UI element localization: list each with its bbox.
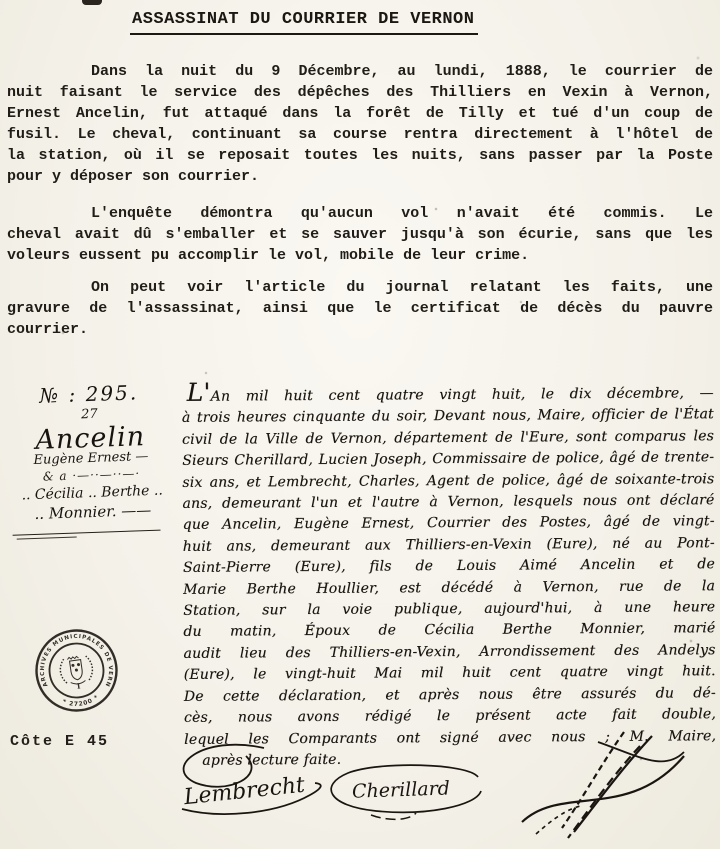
paragraph-2: L'enquête démontra qu'aucun vol n'avait … [7, 203, 713, 266]
typed-line: cheval avait dû s'emballer et se sauver … [7, 224, 713, 245]
typed-text-block: Dans la nuit du 9 Décembre, au lundi, 18… [0, 61, 720, 340]
svg-text:Cherillard: Cherillard [352, 778, 451, 803]
document-title: ASSASSINAT DU COURRIER DE VERNON [130, 9, 478, 35]
typed-line: nuit faisant le service des dépêches des… [7, 82, 713, 103]
margin-rule-small [17, 537, 77, 540]
typed-line: Dans la nuit du 9 Décembre, au lundi, 18… [7, 61, 713, 82]
scan-edge-artifact [82, 0, 102, 5]
typed-line: L'enquête démontra qu'aucun vol n'avait … [7, 203, 713, 224]
spouse-surname: .. Monnier. —— [8, 500, 179, 524]
certificate-margin-annotations: № : 295. 27 Ancelin Eugène Ernest — & a … [3, 379, 178, 540]
scanned-document-page: ASSASSINAT DU COURRIER DE VERNON Dans la… [0, 0, 720, 849]
typed-line: la station, où il se reposait toutes les… [7, 145, 713, 166]
paragraph-1: Dans la nuit du 9 Décembre, au lundi, 18… [7, 61, 713, 187]
signature-maire-flourish [502, 726, 690, 844]
typed-line: courrier. [7, 319, 713, 340]
signature-lembrecht: Lembrecht [178, 764, 330, 820]
handwritten-death-certificate: № : 295. 27 Ancelin Eugène Ernest — & a … [0, 378, 720, 849]
typed-line: Ernest Ancelin, fut attaqué dans la forê… [7, 103, 713, 124]
typed-line: On peut voir l'article du journal relata… [7, 277, 713, 298]
margin-rule [13, 530, 161, 536]
typed-line: voleurs eussent pu accomplir le vol, mob… [7, 245, 713, 266]
archive-cote-label: Côte E 45 [10, 734, 109, 749]
archives-municipales-stamp: ARCHIVES MUNICIPALES DE VERNON * 27200 *… [24, 618, 129, 723]
typed-line: pour y déposer son courrier. [7, 166, 713, 187]
typed-line: gravure de l'assassinat, ainsi que le ce… [7, 298, 713, 319]
typed-line: fusil. Le cheval, continuant sa course r… [7, 124, 713, 145]
signature-cherillard: Cherillard [316, 760, 494, 826]
scan-noise [0, 0, 2, 2]
paragraph-3: On peut voir l'article du journal relata… [7, 277, 713, 340]
certificate-body-text: L'An mil huit cent quatre vingt huit, le… [182, 383, 717, 772]
